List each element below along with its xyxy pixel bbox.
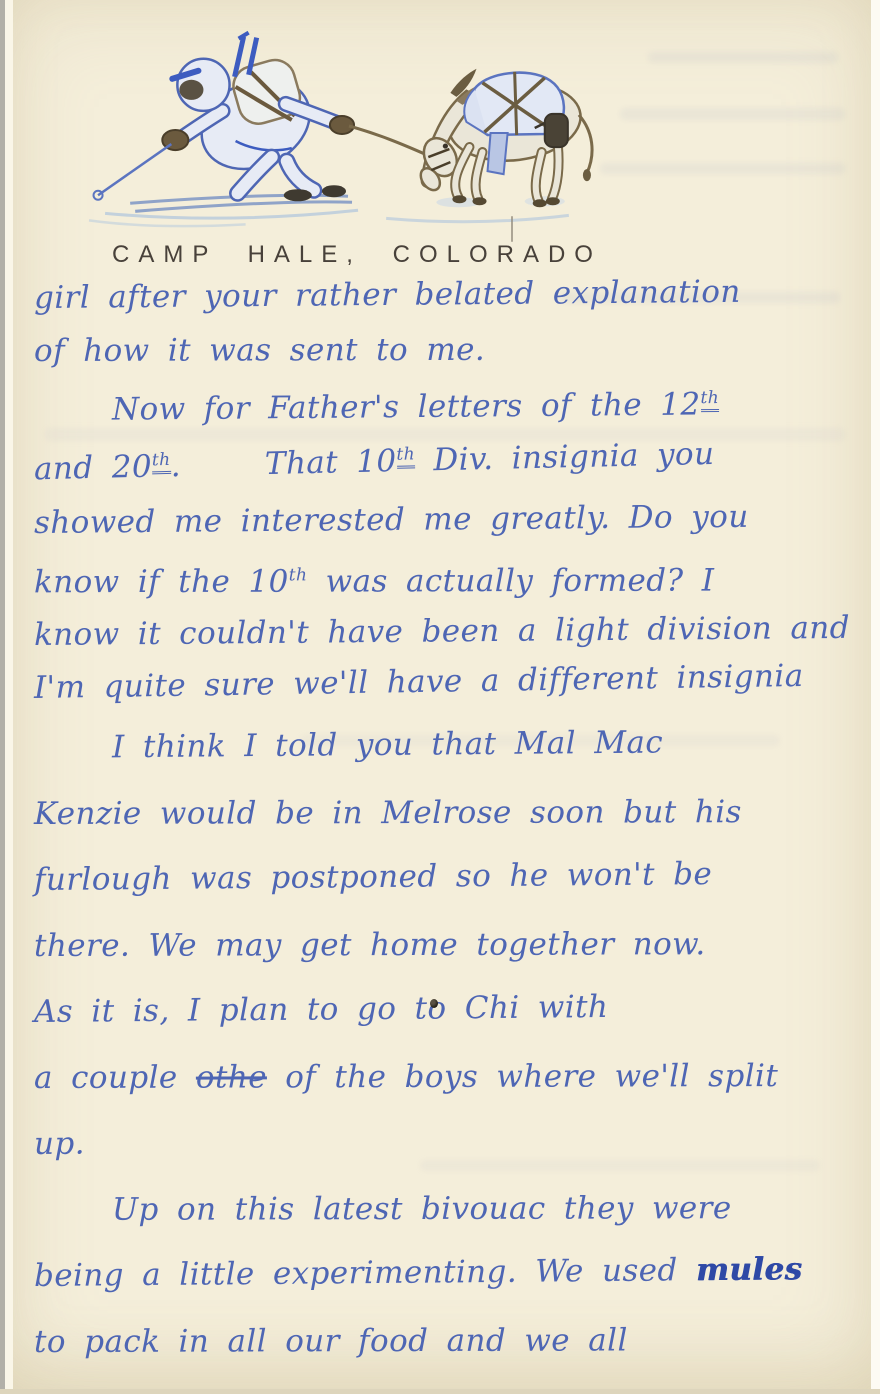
handwritten-line: a couple othe of the boys where we'll sp… [34,1043,858,1111]
handwritten-text: That 10 [264,443,396,482]
handwritten-text: was actually formed? I [307,562,714,599]
letterhead-illustration [85,26,607,233]
handwritten-text: and 20 [34,449,153,488]
handwritten-text: a couple [34,1060,196,1096]
handwritten-text: of how it was sent to me. [34,332,485,369]
handwritten-text: Kenzie would be in Melrose soon but his [34,794,742,832]
letterhead-location: CAMP HALE, COLORADO [112,241,602,269]
handwritten-line: there. We may get home together now. [34,911,858,979]
handwritten-text: showed me interested me greatly. Do you [34,498,749,540]
handwritten-text: girl after your rather belated explanati… [34,274,741,316]
handwritten-line: being a little experimenting. We used mu… [34,1236,859,1309]
handwritten-text: Up on this latest bivouac they were [112,1190,732,1228]
handwritten-text: there. We may get home together now. [34,926,706,964]
paper-edge-right [871,0,880,1394]
handwritten-text: th [152,450,171,474]
handwritten-text: know it couldn't have been a light divis… [34,610,850,653]
handwritten-line: showed me interested me greatly. Do you [34,489,858,549]
handwritten-text: up. [34,1126,85,1162]
handwritten-line: know if the 10th was actually formed? I [34,547,858,608]
handwritten-line: As it is, I plan to go to Chi with [34,972,859,1045]
handwritten-text: being a little experimenting. We used [34,1252,696,1294]
handwritten-line: up. [34,1104,859,1177]
handwritten-text: I'm quite sure we'll have a different in… [34,658,804,706]
handwritten-text: furlough was postponed so he won't be [34,856,713,898]
handwritten-text: . [170,448,181,484]
skier-figure [94,33,428,212]
handwritten-text: I think I told you that Mal Mac [112,724,663,765]
handwritten-line: Up on this latest bivouac they were [34,1175,858,1243]
handwritten-text: th [289,565,308,585]
handwritten-line: I think I told you that Mal Mac [34,708,859,781]
bleed-through-mark [600,163,845,174]
pack-mule-figure [417,69,592,208]
bleed-through-mark [620,108,845,120]
paper-edge-bottom [0,1389,880,1394]
handwritten-line: furlough was postponed so he won't be [34,840,859,913]
handwritten-text: of the boys where we'll split [267,1058,778,1095]
handwritten-text: mules [696,1251,803,1288]
handwritten-line: Kenzie would be in Melrose soon but his [34,779,858,847]
handwritten-text: th [700,388,719,412]
handwritten-text: th [396,445,415,469]
paper-edge-left [5,0,13,1394]
handwritten-text: Now for Father's letters of the 12 [112,387,701,428]
bleed-through-mark [648,52,838,63]
handwritten-line: girl after your rather belated explanati… [34,265,858,325]
handwritten-text: know if the 10 [34,563,289,600]
handwritten-text: Div. insignia you [415,436,715,479]
handwritten-line: to pack in all our food and we all [34,1307,858,1375]
ink-spot [430,999,438,1008]
stray-pen-mark [511,216,513,242]
handwritten-line: of how it was sent to me. [34,323,858,378]
handwritten-text: othe [196,1059,267,1095]
handwritten-text: As it is, I plan to go to Chi with [34,989,609,1030]
letter-page: CAMP HALE, COLORADO girl after your rath… [0,0,880,1394]
handwritten-text: to pack in all our food and we all [34,1322,628,1360]
letter-body: girl after your rather belated explanati… [34,272,858,1375]
handwritten-text [181,474,265,476]
